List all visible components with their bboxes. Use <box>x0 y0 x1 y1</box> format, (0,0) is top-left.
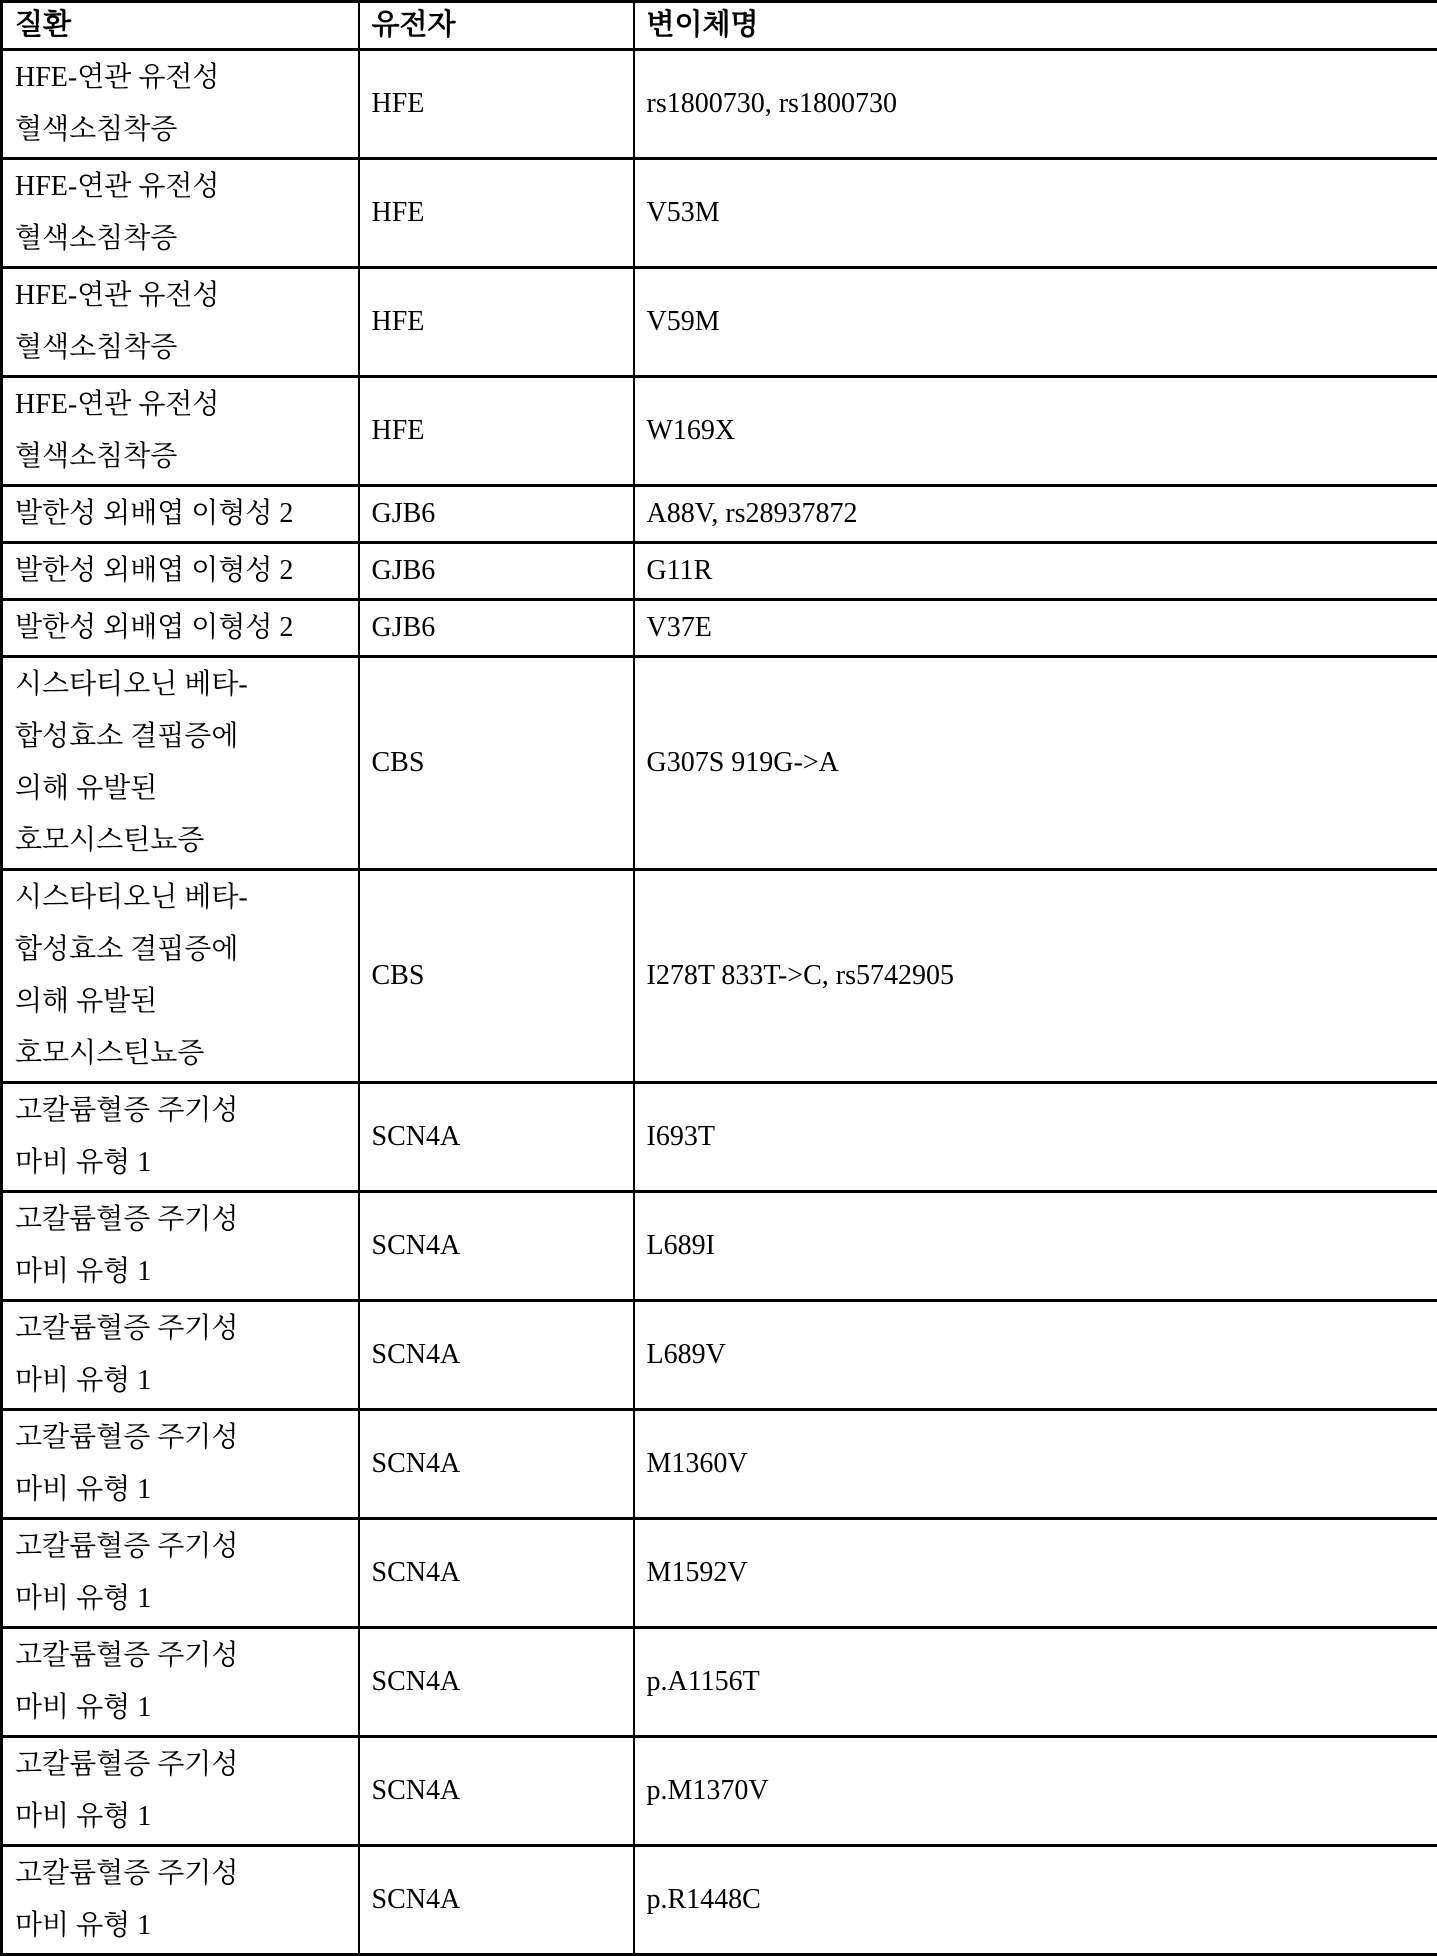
table-row: HFE-연관 유전성 혈색소침착증HFErs1800730, rs1800730 <box>2 50 1437 159</box>
gene-cell: HFE <box>359 268 634 377</box>
gene-cell: SCN4A <box>359 1192 634 1301</box>
variant-cell: A88V, rs28937872 <box>634 486 1437 543</box>
gene-cell: SCN4A <box>359 1846 634 1955</box>
table-row: 고칼륨혈증 주기성 마비 유형 1SCN4AL689V <box>2 1301 1437 1410</box>
table-row: 발한성 외배엽 이형성 2GJB6V37E <box>2 600 1437 657</box>
disease-cell: HFE-연관 유전성 혈색소침착증 <box>2 159 359 268</box>
gene-cell: SCN4A <box>359 1737 634 1846</box>
col-header-variant: 변이체명 <box>634 2 1437 50</box>
variant-cell: L689V <box>634 1301 1437 1410</box>
table-row: 발한성 외배엽 이형성 2GJB6G11R <box>2 543 1437 600</box>
variant-cell: p.A1156T <box>634 1628 1437 1737</box>
variant-cell: p.R1448C <box>634 1846 1437 1955</box>
disease-cell: 고칼륨혈증 주기성 마비 유형 1 <box>2 1737 359 1846</box>
disease-cell: HFE-연관 유전성 혈색소침착증 <box>2 377 359 486</box>
gene-cell: HFE <box>359 159 634 268</box>
disease-cell: 고칼륨혈증 주기성 마비 유형 1 <box>2 1628 359 1737</box>
table-row: 고칼륨혈증 주기성 마비 유형 1SCN4Ap.A1156T <box>2 1628 1437 1737</box>
table-row: 고칼륨혈증 주기성 마비 유형 1SCN4Ap.M1370V <box>2 1737 1437 1846</box>
variant-cell: W169X <box>634 377 1437 486</box>
disease-cell: 고칼륨혈증 주기성 마비 유형 1 <box>2 1301 359 1410</box>
gene-cell: SCN4A <box>359 1519 634 1628</box>
table-row: 시스타티오닌 베타- 합성효소 결핍증에 의해 유발된 호모시스틴뇨증CBSG3… <box>2 657 1437 870</box>
disease-cell: 고칼륨혈증 주기성 마비 유형 1 <box>2 1083 359 1192</box>
disease-cell: 발한성 외배엽 이형성 2 <box>2 543 359 600</box>
variant-cell: I693T <box>634 1083 1437 1192</box>
variant-cell: V53M <box>634 159 1437 268</box>
gene-cell: HFE <box>359 50 634 159</box>
disease-cell: 고칼륨혈증 주기성 마비 유형 1 <box>2 1192 359 1301</box>
variant-cell: G307S 919G->A <box>634 657 1437 870</box>
variant-cell: rs1800730, rs1800730 <box>634 50 1437 159</box>
table-row: 고칼륨혈증 주기성 마비 유형 1SCN4AL689I <box>2 1192 1437 1301</box>
table-row: 고칼륨혈증 주기성 마비 유형 1SCN4AM1592V <box>2 1519 1437 1628</box>
variant-cell: M1592V <box>634 1519 1437 1628</box>
table-row: 고칼륨혈증 주기성 마비 유형 1SCN4AM1360V <box>2 1410 1437 1519</box>
header-row: 질환 유전자 변이체명 <box>2 2 1437 50</box>
disease-cell: 고칼륨혈증 주기성 마비 유형 1 <box>2 1846 359 1955</box>
table-row: 고칼륨혈증 주기성 마비 유형 1SCN4Ap.R1448C <box>2 1846 1437 1955</box>
table-row: 발한성 외배엽 이형성 2GJB6A88V, rs28937872 <box>2 486 1437 543</box>
variant-cell: M1360V <box>634 1410 1437 1519</box>
table-body: HFE-연관 유전성 혈색소침착증HFErs1800730, rs1800730… <box>2 50 1437 1955</box>
table-row: HFE-연관 유전성 혈색소침착증HFEV53M <box>2 159 1437 268</box>
gene-cell: CBS <box>359 657 634 870</box>
disease-cell: 발한성 외배엽 이형성 2 <box>2 600 359 657</box>
disease-cell: 시스타티오닌 베타- 합성효소 결핍증에 의해 유발된 호모시스틴뇨증 <box>2 870 359 1083</box>
gene-cell: GJB6 <box>359 543 634 600</box>
table-row: HFE-연관 유전성 혈색소침착증HFEW169X <box>2 377 1437 486</box>
gene-cell: HFE <box>359 377 634 486</box>
variant-cell: p.M1370V <box>634 1737 1437 1846</box>
gene-cell: SCN4A <box>359 1301 634 1410</box>
disease-cell: HFE-연관 유전성 혈색소침착증 <box>2 268 359 377</box>
disease-cell: 고칼륨혈증 주기성 마비 유형 1 <box>2 1519 359 1628</box>
variant-cell: V59M <box>634 268 1437 377</box>
disease-cell: 고칼륨혈증 주기성 마비 유형 1 <box>2 1410 359 1519</box>
gene-cell: GJB6 <box>359 600 634 657</box>
variant-cell: L689I <box>634 1192 1437 1301</box>
disease-cell: 시스타티오닌 베타- 합성효소 결핍증에 의해 유발된 호모시스틴뇨증 <box>2 657 359 870</box>
gene-variant-table: 질환 유전자 변이체명 HFE-연관 유전성 혈색소침착증HFErs180073… <box>0 0 1437 1956</box>
table-row: 고칼륨혈증 주기성 마비 유형 1SCN4AI693T <box>2 1083 1437 1192</box>
table-row: HFE-연관 유전성 혈색소침착증HFEV59M <box>2 268 1437 377</box>
gene-cell: GJB6 <box>359 486 634 543</box>
variant-cell: I278T 833T->C, rs5742905 <box>634 870 1437 1083</box>
gene-cell: SCN4A <box>359 1410 634 1519</box>
variant-cell: V37E <box>634 600 1437 657</box>
gene-cell: SCN4A <box>359 1083 634 1192</box>
disease-cell: 발한성 외배엽 이형성 2 <box>2 486 359 543</box>
gene-cell: CBS <box>359 870 634 1083</box>
disease-cell: HFE-연관 유전성 혈색소침착증 <box>2 50 359 159</box>
gene-cell: SCN4A <box>359 1628 634 1737</box>
variant-cell: G11R <box>634 543 1437 600</box>
col-header-disease: 질환 <box>2 2 359 50</box>
col-header-gene: 유전자 <box>359 2 634 50</box>
table-row: 시스타티오닌 베타- 합성효소 결핍증에 의해 유발된 호모시스틴뇨증CBSI2… <box>2 870 1437 1083</box>
